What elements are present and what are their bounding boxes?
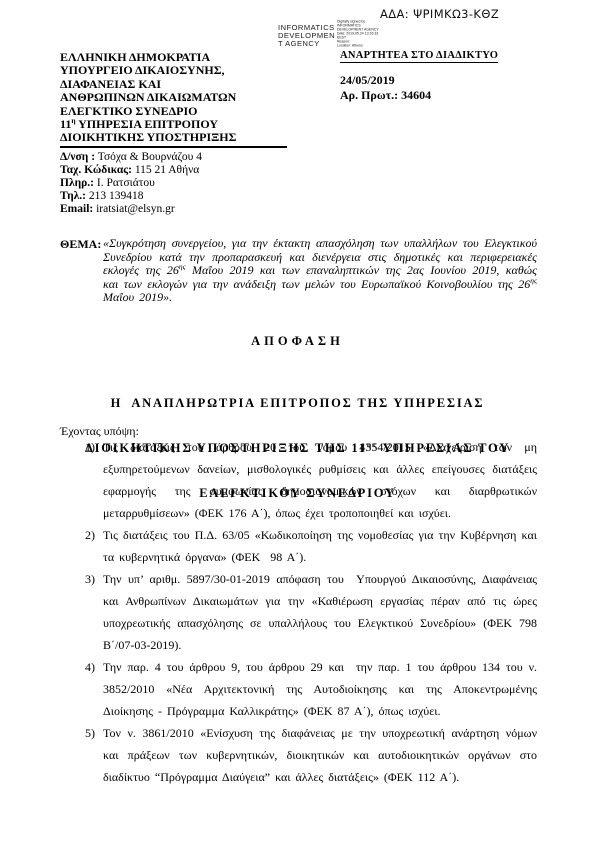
consideration-item: 2)Τις διατάξεις του Π.Δ. 63/05 «Κωδικοπο… — [85, 524, 537, 568]
contact-row: Δ/νση : Τσόχα & Βουρνάζου 4 — [60, 151, 202, 164]
item-text: Τον ν. 3861/2010 «Ενίσχυση της διαφάνεια… — [103, 726, 542, 784]
superscript: ης — [179, 262, 186, 271]
ada-code: ΑΔΑ: ΨΡΙΜΚΩ3-ΚΘΖ — [380, 7, 499, 21]
contact-row: Email: iratsiat@elsyn.gr — [60, 203, 202, 216]
item-number: 3) — [85, 568, 95, 590]
item-text: Την υπ’ αριθμ. 5897/30-01-2019 απόφαση τ… — [103, 572, 542, 652]
consideration-item: 1)Τις διατάξεις του άρθρου 20 του νόμου … — [85, 436, 537, 524]
item-number: 5) — [85, 722, 95, 744]
subject-text: «Συγκρότηση συνεργείου, για την έκτακτη … — [103, 237, 537, 305]
signature-line: Location: Athens — [337, 44, 412, 48]
document-page: ΑΔΑ: ΨΡΙΜΚΩ3-ΚΘΖ INFORMATICS DEVELOPMEN … — [0, 0, 595, 842]
contact-row: Ταχ. Κώδικας: 115 21 Αθήνα — [60, 164, 202, 177]
contact-row: Τηλ.: 213 139418 — [60, 190, 202, 203]
protocol-number: Αρ. Πρωτ.: 34604 — [340, 88, 431, 103]
superscript: ης — [530, 276, 537, 285]
consideration-item: 5)Τον ν. 3861/2010 «Ενίσχυση της διαφάνε… — [85, 722, 537, 788]
letterhead-line: ΑΝΘΡΩΠΙΝΩΝ ΔΙΚΑΙΩΜΑΤΩΝ — [60, 91, 287, 104]
decision-title: ΑΠΟΦΑΣΗ — [0, 334, 595, 349]
letterhead: ΕΛΛΗΝΙΚΗ ΔΗΜΟΚΡΑΤΙΑ ΥΠΟΥΡΓΕΙΟ ΔΙΚΑΙΟΣΥΝΗ… — [60, 51, 287, 148]
letterhead-underlined-line: ΔΙΟΙΚΗΤΙΚΗΣ ΥΠΟΣΤΗΡΙΞΗΣ — [60, 131, 287, 147]
internet-posting-notice: ΑΝΑΡΤΗΤΕΑ ΣΤΟ ΔΙΑΔΙΚΤΥΟ — [340, 50, 498, 63]
contact-row: Πληρ.: Ι. Ρατσιάτου — [60, 177, 202, 190]
item-text: Τις διατάξεις του άρθρου 20 του νόμου 43… — [103, 440, 542, 520]
letterhead-line: ΥΠΟΥΡΓΕΙΟ ΔΙΚΑΙΟΣΥΝΗΣ, — [60, 64, 287, 77]
protocol-block: 24/05/2019 Αρ. Πρωτ.: 34604 — [340, 73, 431, 103]
item-number: 4) — [85, 656, 95, 678]
decision-heading-line: Η ΑΝΑΠΛΗΡΩΤΡΙΑ ΕΠΙΤΡΟΠΟΣ ΤΗΣ ΥΠΗΡΕΣΙΑΣ — [0, 396, 595, 411]
contact-block: Δ/νση : Τσόχα & Βουρνάζου 4 Ταχ. Κώδικας… — [60, 151, 202, 216]
digital-signature-stamp: INFORMATICS DEVELOPMEN T AGENCY — [278, 24, 335, 49]
letterhead-line: ΔΙΑΦΑΝΕΙΑΣ ΚΑΙ — [60, 78, 287, 91]
considerations-list: 1)Τις διατάξεις του άρθρου 20 του νόμου … — [85, 436, 537, 788]
item-number: 1) — [85, 436, 95, 458]
item-text: Την παρ. 4 του άρθρου 9, του άρθρου 29 κ… — [103, 660, 542, 718]
protocol-date: 24/05/2019 — [340, 73, 431, 88]
consideration-item: 4)Την παρ. 4 του άρθρου 9, του άρθρου 29… — [85, 656, 537, 722]
letterhead-line: ΕΛΛΗΝΙΚΗ ΔΗΜΟΚΡΑΤΙΑ — [60, 51, 287, 64]
subject-label: ΘΕΜΑ: — [60, 237, 101, 252]
signature-details: Digitally signed by INFORMATICS DEVELOPM… — [337, 20, 412, 48]
item-number: 2) — [85, 524, 95, 546]
item-text: Τις διατάξεις του Π.Δ. 63/05 «Κωδικοποίη… — [103, 528, 542, 564]
stamp-agency-line: T AGENCY — [278, 40, 335, 48]
consideration-item: 3)Την υπ’ αριθμ. 5897/30-01-2019 απόφαση… — [85, 568, 537, 656]
letterhead-service-line: 11η ΥΠΗΡΕΣΙΑ ΕΠΙΤΡΟΠΟΥ — [60, 118, 287, 131]
